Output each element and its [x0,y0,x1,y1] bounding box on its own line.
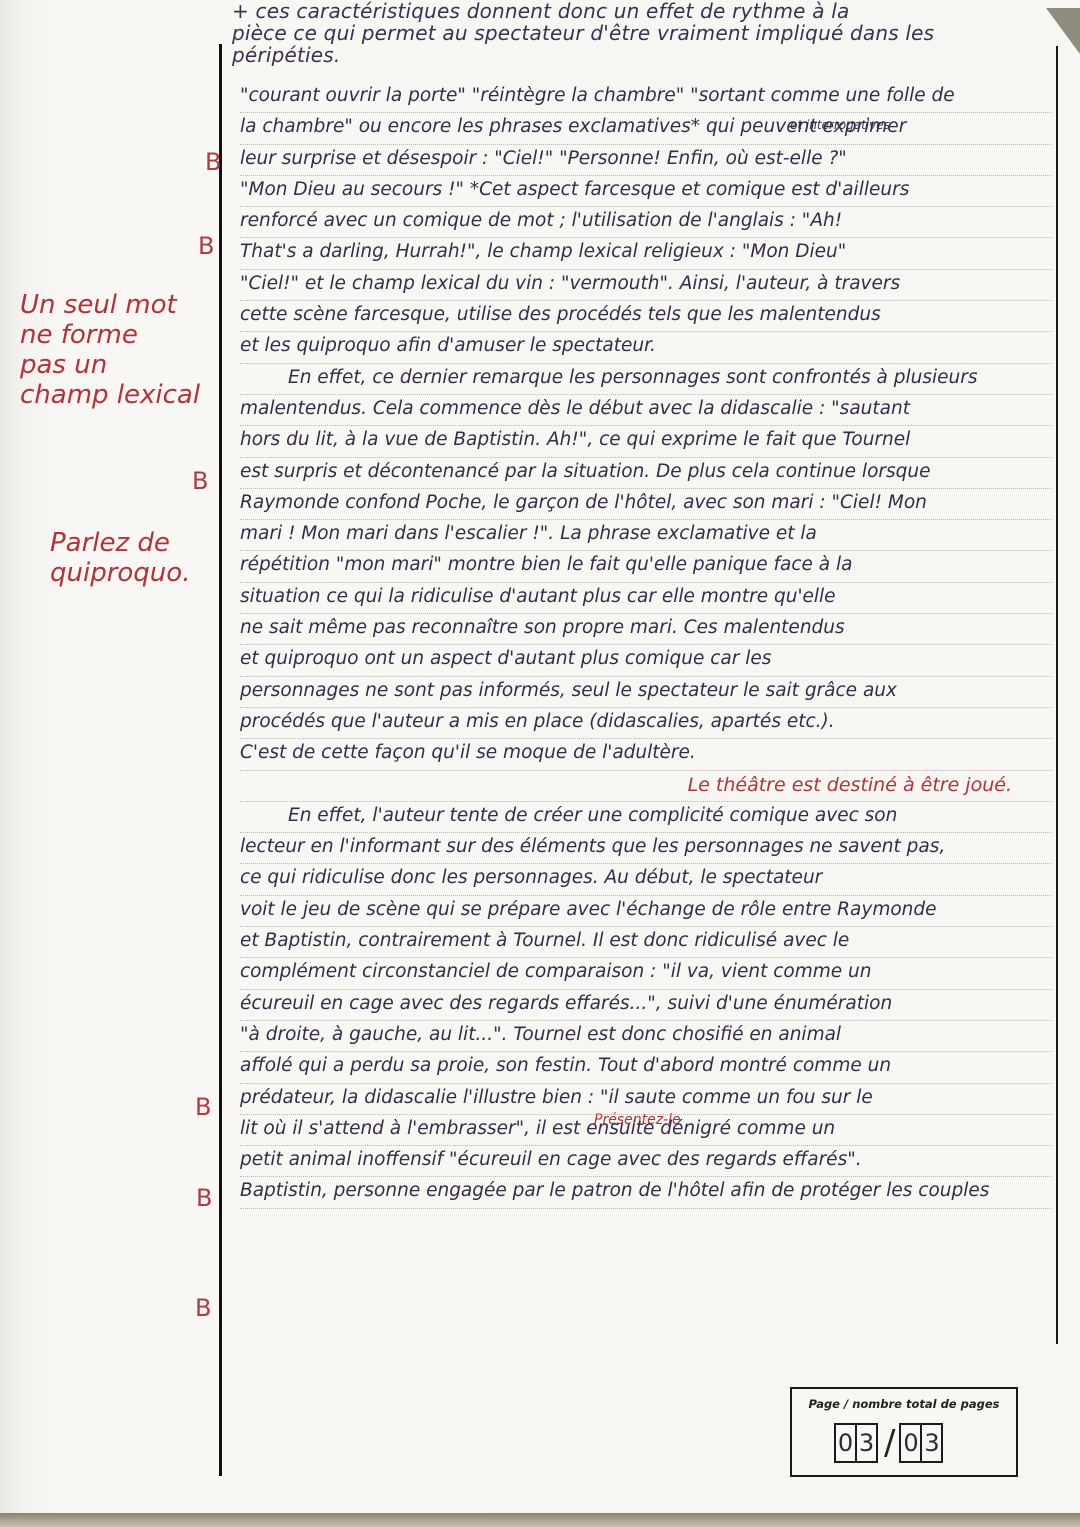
essay-line: personnages ne sont pas informés, seul l… [240,677,1052,708]
essay-line: lecteur en l'informant sur des éléments … [240,833,1052,864]
essay-line: situation ce qui la ridiculise d'autant … [240,583,1052,614]
page-number-label: Page / nombre total de pages [792,1397,1016,1411]
page-bottom-edge [0,1513,1080,1527]
margin-note-quiproquo: Parlez de quiproquo. [50,528,190,588]
essay-line: "courant ouvrir la porte" "réintègre la … [240,82,1052,113]
top-note-line: pièce ce qui permet au spectateur d'être… [232,22,1052,44]
margin-note-lexical-field: Un seul mot ne forme pas un champ lexica… [20,290,200,410]
top-note-line: + ces caractéristiques donnent donc un e… [232,0,1052,22]
essay-line: et Baptistin, contrairement à Tournel. I… [240,927,1052,958]
essay-line: et les quiproquo afin d'amuser le specta… [240,332,1052,363]
essay-line: répétition "mon mari" montre bien le fai… [240,551,1052,582]
margin-note-line: quiproquo. [50,558,190,588]
page-number-box: Page / nombre total de pages 0 3 / 0 3 [790,1387,1018,1477]
essay-line: écureuil en cage avec des regards effaré… [240,990,1052,1021]
essay-line: "à droite, à gauche, au lit...". Tournel… [240,1021,1052,1052]
essay-line: est surpris et décontenancé par la situa… [240,458,1052,489]
essay-line: affolé qui a perdu sa proie, son festin.… [240,1052,1052,1083]
teacher-comment-line: Le théâtre est destiné à être joué. [240,771,1052,802]
page-separator: / [884,1423,895,1463]
page-digit: 3 [855,1423,878,1463]
essay-line: renforcé avec un comique de mot ; l'util… [240,207,1052,238]
margin-note-line: pas un [20,350,200,380]
margin-note-line: champ lexical [20,380,200,410]
essay-line: Baptistin, personne engagée par le patro… [240,1177,1052,1208]
essay-line: leur surprise et désespoir : "Ciel!" "Pe… [240,145,1052,176]
grade-mark-b: B [192,467,208,495]
essay-line: complément circonstanciel de comparaison… [240,958,1052,989]
margin-rule-right [1056,46,1058,1344]
grade-mark-b: B [198,232,214,260]
essay-line: ne sait même pas reconnaître son propre … [240,614,1052,645]
essay-body: "courant ouvrir la porte" "réintègre la … [240,82,1052,1209]
margin-note-line: ne forme [20,320,200,350]
margin-note-line: Un seul mot [20,290,200,320]
essay-line: cette scène farcesque, utilise des procé… [240,301,1052,332]
essay-line: C'est de cette façon qu'il se moque de l… [240,739,1052,770]
essay-line: hors du lit, à la vue de Baptistin. Ah!"… [240,426,1052,457]
essay-line: et quiproquo ont un aspect d'autant plus… [240,645,1052,676]
essay-line-paragraph-start: En effet, l'auteur tente de créer une co… [240,802,1052,833]
essay-line: "Ciel!" et le champ lexical du vin : "ve… [240,270,1052,301]
top-note-line: péripéties. [232,44,1052,66]
essay-line: la chambre" ou encore les phrases exclam… [240,113,1052,144]
essay-line: petit animal inoffensif "écureuil en cag… [240,1146,1052,1177]
essay-line: Raymonde confond Poche, le garçon de l'h… [240,489,1052,520]
grade-mark-b: B [196,1184,212,1212]
essay-line: That's a darling, Hurrah!", le champ lex… [240,238,1052,269]
margin-rule-left [219,44,222,1476]
essay-line: "Mon Dieu au secours !" *Cet aspect farc… [240,176,1052,207]
essay-line: malentendus. Cela commence dès le début … [240,395,1052,426]
page-digit: 0 [834,1423,857,1463]
grade-mark-b: B [195,1093,211,1121]
total-digit: 0 [899,1423,922,1463]
total-digit: 3 [920,1423,943,1463]
top-continuation-note: + ces caractéristiques donnent donc un e… [232,0,1052,66]
grade-mark-b: B [205,148,221,176]
page-number-digits: 0 3 / 0 3 [836,1423,943,1463]
essay-line: mari ! Mon mari dans l'escalier !". La p… [240,520,1052,551]
essay-line-paragraph-start: En effet, ce dernier remarque les person… [240,364,1052,395]
essay-line: ce qui ridiculise donc les personnages. … [240,864,1052,895]
essay-line: lit où il s'attend à l'embrasser", il es… [240,1115,1052,1146]
grade-mark-b: B [195,1294,211,1322]
essay-line: voit le jeu de scène qui se prépare avec… [240,896,1052,927]
essay-line: procédés que l'auteur a mis en place (di… [240,708,1052,739]
essay-line: prédateur, la didascalie l'illustre bien… [240,1084,1052,1115]
scanned-page: + ces caractéristiques donnent donc un e… [0,0,1080,1527]
margin-note-line: Parlez de [50,528,190,558]
